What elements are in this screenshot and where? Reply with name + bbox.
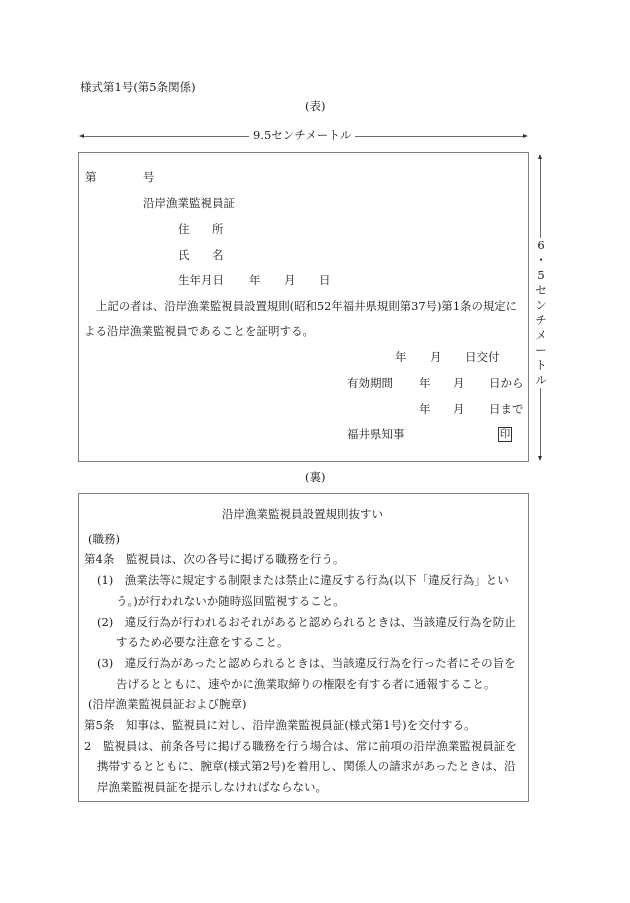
height-char: セ — [534, 283, 548, 298]
back-side-label: (裏) — [305, 472, 325, 484]
issue-month: 月 — [430, 352, 442, 364]
birth-month: 月 — [284, 275, 296, 287]
arrow-down-icon — [538, 456, 542, 461]
para-2-line-1: 2 監視員は、前条各号に掲げる職務を行う場合は、常に前項の沿岸漁業監視員証を — [84, 741, 517, 753]
article-5: 第5条 知事は、監視員に対し、沿岸漁業監視員証(様式第1号)を交付する。 — [84, 720, 476, 732]
item-2-line-2: するため必要な注意をすること。 — [116, 637, 289, 649]
item-1-line-2: う。)が行われないか随時巡回監視すること。 — [116, 596, 345, 608]
back-title: 沿岸漁業監視員設置規則抜すい — [222, 509, 383, 521]
card-title: 沿岸漁業監視員証 — [143, 198, 235, 210]
height-char: 6 — [534, 238, 548, 253]
heading-card-armband: (沿岸漁業監視員証および腕章) — [88, 699, 246, 711]
birthdate-label: 生年月日 — [178, 275, 224, 287]
item-1-line-1: (1) 漁業法等に規定する制限または禁止に違反する行為(以下「違反行為」とい — [97, 575, 509, 587]
issue-day: 日交付 — [465, 352, 500, 364]
item-2-line-1: (2) 違反行為が行われるおそれがあると認められるときは、当該違反行為を防止 — [97, 617, 516, 629]
birth-day: 日 — [319, 275, 331, 287]
number-suffix: 号 — [143, 172, 155, 184]
address-label-1: 住 — [178, 224, 190, 236]
certification-line-1: 上記の者は、沿岸漁業監視員設置規則(昭和52年福井県規則第37号)第1条の規定に — [96, 301, 517, 312]
arrow-left-icon — [79, 134, 84, 138]
height-char: チ — [534, 313, 548, 328]
validity-until-day: 日まで — [489, 404, 524, 416]
form-number: 様式第1号(第5条関係) — [80, 82, 196, 94]
validity-from-month: 月 — [453, 378, 465, 390]
validity-from-day: 日から — [489, 378, 524, 390]
para-2-line-3: 岸漁業監視員証を提示しなければならない。 — [97, 782, 327, 794]
validity-until-month: 月 — [453, 404, 465, 416]
issue-year: 年 — [395, 352, 407, 364]
certification-line-2: よる沿岸漁業監視員であることを証明する。 — [84, 326, 314, 338]
width-dimension-label: 9.5センチメートル — [249, 130, 355, 142]
height-char: ル — [534, 373, 548, 388]
number-prefix: 第 — [85, 172, 97, 184]
height-char: 5 — [534, 268, 548, 283]
height-char: ト — [534, 358, 548, 373]
article-4: 第4条 監視員は、次の各号に掲げる職務を行う。 — [84, 554, 344, 566]
birth-year: 年 — [249, 275, 261, 287]
height-dimension-label: 6 ・ 5 セ ン チ メ ー ト ル — [534, 238, 548, 388]
seal-mark: 印 — [498, 427, 512, 442]
item-3-line-1: (3) 違反行為があったと認められるときは、当該違反行為を行った者にその旨を — [97, 658, 516, 670]
validity-label: 有効期間 — [347, 378, 393, 390]
arrow-up-icon — [538, 154, 542, 159]
para-2-line-2: 携帯するとともに、腕章(様式第2号)を着用し、関係人の請求があったときは、沿 — [97, 761, 516, 773]
front-side-label: (表) — [305, 101, 325, 113]
arrow-right-icon — [523, 134, 528, 138]
name-label-1: 氏 — [178, 250, 190, 262]
name-label-2: 名 — [212, 250, 224, 262]
item-3-line-2: 告げるとともに、速やかに漁業取締りの権限を有する者に通報すること。 — [116, 679, 496, 691]
heading-duties: (職務) — [88, 534, 120, 546]
height-char: メ — [534, 328, 548, 343]
height-char: ・ — [534, 253, 548, 268]
validity-until-year: 年 — [419, 404, 431, 416]
height-char: ー — [534, 343, 548, 358]
address-label-2: 所 — [212, 224, 224, 236]
validity-from-year: 年 — [419, 378, 431, 390]
height-char: ン — [534, 298, 548, 313]
issuer: 福井県知事 — [347, 429, 405, 441]
